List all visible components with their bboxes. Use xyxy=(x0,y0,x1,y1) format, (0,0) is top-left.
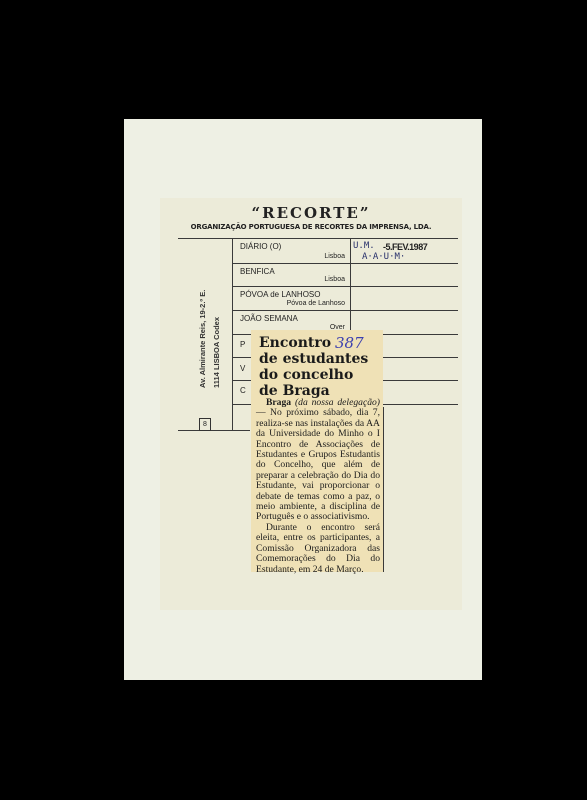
right-column-edge xyxy=(383,407,384,572)
headline-line: do concelho xyxy=(259,367,379,383)
table-bottom-rule xyxy=(178,430,250,431)
row-name: V xyxy=(240,364,245,373)
row-name: P xyxy=(240,340,245,349)
headline-line: de estudantes xyxy=(259,351,379,367)
row-city: Póvoa de Lanhoso xyxy=(240,300,345,307)
row-rule xyxy=(232,310,458,311)
row-name: PÓVOA de LANHOSO xyxy=(240,290,320,299)
row-rule xyxy=(232,263,458,264)
row-rule xyxy=(232,286,458,287)
paragraph-1: Braga (da nossa delegação) — No próximo … xyxy=(256,398,380,523)
row-name: DIÁRIO (O) xyxy=(240,242,281,251)
dateline-place: Braga xyxy=(266,397,291,408)
article-body: Braga (da nossa delegação) — No próximo … xyxy=(256,398,380,575)
handwritten-clip-number: 387 xyxy=(335,334,364,352)
row-name: C xyxy=(240,386,246,395)
annotation-aaum: A·A·U·M· xyxy=(362,252,405,262)
address-line-1: Av. Almirante Reis, 19-2.º E. xyxy=(196,290,210,388)
page-number-box: 8 xyxy=(199,418,211,431)
table-top-rule xyxy=(178,238,458,239)
address-line-2: 1114 LISBOA Codex xyxy=(210,290,224,388)
dateline-source: (da nossa delegação) xyxy=(295,397,380,408)
form-subtitle: ORGANIZAÇÃO PORTUGUESA DE RECORTES DA IM… xyxy=(160,223,462,231)
row-city: Lisboa xyxy=(240,276,345,283)
date-stamp: -5.FEV.1987 xyxy=(383,242,427,252)
row-city: Lisboa xyxy=(240,253,345,260)
annotation-um: U.M. xyxy=(353,241,375,251)
paragraph-1-text: — No próximo sábado, dia 7, realiza-se n… xyxy=(256,407,380,522)
row-name: JOÃO SEMANA xyxy=(240,314,298,323)
paragraph-2: Durante o encontro será eleita, entre os… xyxy=(256,523,380,575)
agency-address: Av. Almirante Reis, 19-2.º E. 1114 LISBO… xyxy=(196,290,224,388)
row-name: BENFICA xyxy=(240,267,275,276)
newspaper-clipping: Encontro de estudantes do concelho de Br… xyxy=(251,330,383,572)
column-divider-right xyxy=(350,238,351,330)
form-title: “RECORTE” xyxy=(160,204,462,222)
